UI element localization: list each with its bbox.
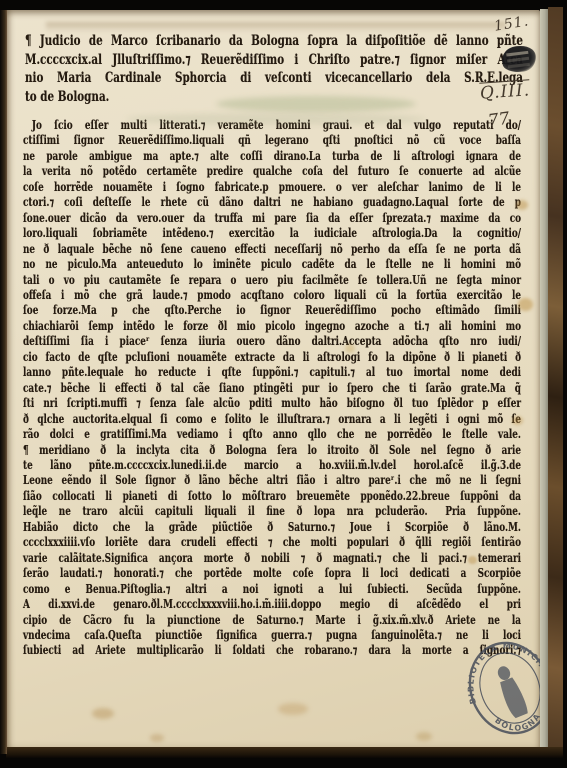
text-line: ð qlche auctorita.elqual ſi como e ſolit… — [23, 412, 521, 427]
heading-line: to de Bologna. — [25, 88, 523, 107]
text-line: como e Benua.Piſtoglia.⁊ altri a noi ign… — [23, 582, 521, 597]
text-line: deſtiſſimi ſia i piaceʳ ſenza iiuria oue… — [23, 334, 521, 349]
text-line: ſoe forze.Ma p che qſto.Perche io ſignor… — [23, 303, 521, 318]
text-line: loro.liquali ſobriamẽte intẽdeno.⁊ exerc… — [23, 226, 521, 241]
text-line: Habião dicto che la grãde piũctiõe ð Sat… — [23, 520, 521, 535]
text-line: A di.xxvi.de genaro.ðl.M.cccclxxxxviii.h… — [23, 597, 521, 612]
text-line: cio facto de qſte pcluſioni nouamẽte ext… — [23, 350, 521, 365]
heading-line: nio Maria Cardinale Sphorcia di veſconti… — [25, 69, 523, 88]
text-line: ſone.ouer dicão da vero.ouer da truffa m… — [23, 211, 521, 226]
body-text: Jo ſcio eſſer multi litterati.⁊ veramẽte… — [23, 118, 521, 659]
bottom-board-edge — [6, 747, 563, 758]
heading-line: M.ccccxcix.al Jlluſtriſſimo.⁊ Reuerẽdiſſ… — [25, 51, 523, 70]
text-line: te lãno pñte.m.ccccxcix.lunedi.ii.de mar… — [23, 458, 521, 473]
text-line: vndecima caſa.Queſta piunctiõe ſignifica… — [23, 628, 521, 643]
text-line: ne ð laquale bẽche nõ ſene caueno effect… — [23, 242, 521, 257]
page-top-shadow — [46, 22, 506, 32]
text-line: ¶ meridiano ð la inclyta cita ð Bologna … — [23, 443, 521, 458]
text-line: cccclxxxiiii.vſo loriẽte dara crudeli ef… — [23, 535, 521, 550]
text-line: rão dolci e gratiſſimi.Ma vediamo i qſto… — [23, 427, 521, 442]
text-line: Jo ſcio eſſer multi litterati.⁊ veramẽte… — [23, 118, 521, 133]
stamp-center-figure — [493, 663, 529, 719]
text-line: cate.⁊ bẽche li effecti ð tal cãe ſiano … — [23, 381, 521, 396]
text-line: no ne piculo.Ma anteueduto lo iminẽte pi… — [23, 257, 521, 272]
heading-paragraph: ¶ Judicio de Marco ſcribanario da Bologn… — [25, 32, 523, 106]
text-line: tali o vo piu cautamẽte ſe repara o uero… — [23, 273, 521, 288]
text-line: coſe horrẽde nouamẽte i ſogno fabricate.… — [23, 180, 521, 195]
text-line: la verita nõ potẽdo certamẽte predire qu… — [23, 164, 521, 179]
text-line: ctiſſimi ſignor Reuerẽdiſſimo.liquali qñ… — [23, 133, 521, 148]
handwritten-shelfmark-number: 77 — [487, 109, 511, 132]
page-stack-edge — [540, 9, 548, 755]
text-line: ſerão laudati.⁊ honorati.⁊ che portẽde m… — [23, 566, 521, 581]
heading-line: ¶ Judicio de Marco ſcribanario da Bologn… — [25, 32, 523, 51]
text-line: Leone eẽndo il Sole ſignor ð lãno bẽche … — [23, 473, 521, 488]
text-line: offeſa i mõ che grã laude.⁊ pmodo acqſta… — [23, 288, 521, 303]
text-line: ne parole ambigue ma apte.⁊ alte coſſi d… — [23, 149, 521, 164]
text-line: ſti nri ſcripti.muffi ⁊ ſenza ſale alcũo… — [23, 396, 521, 411]
text-line: leq̃le ne traro alcũi capituli liquali i… — [23, 504, 521, 519]
text-line: lanno pñte.lequale ho reducte i qſte ſup… — [23, 365, 521, 380]
marbled-fore-edge — [548, 7, 563, 757]
book-scan-photo: ¶ Judicio de Marco ſcribanario da Bologn… — [0, 0, 567, 768]
gutter-edge — [0, 10, 7, 754]
text-line: ctori.⁊ coſi deſteſſe le rhete cũ dãno d… — [23, 195, 521, 210]
text-line: cipio de Cãcro fu la piunctione de Satur… — [23, 613, 521, 628]
text-line: chiachiarõi ſemp intẽdo le forze ðl mio … — [23, 319, 521, 334]
text-line: ſião collocati li pianeti di ſotto lo mõ… — [23, 489, 521, 504]
handwritten-shelfmark: Q.III. — [479, 80, 530, 103]
text-line: varie calãitate.Significa ançora morte ð… — [23, 551, 521, 566]
book-page: ¶ Judicio de Marco ſcribanario da Bologn… — [6, 10, 540, 754]
